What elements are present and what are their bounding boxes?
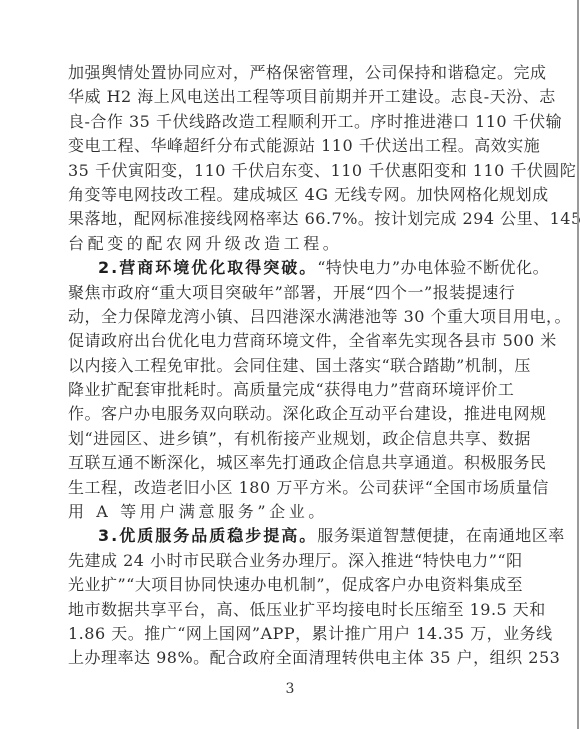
paragraph-line: 以内接入工程免审批。会同住建、国土落实“联合踏勘”机制，压 — [68, 354, 513, 378]
paragraph-line: 加强舆情处置协同应对，严格保密管理，公司保持和谐稳定。完成 — [68, 61, 513, 85]
paragraph-line: 台配变的配农网升级改造工程。 — [68, 232, 513, 256]
paragraph-line: 35 千伏寅阳变，110 千伏启东变、110 千伏惠阳变和 110 千伏圆陀 — [68, 159, 513, 183]
section-3-lead-text: 服务渠道智慧便捷，在南通地区率 — [317, 526, 565, 545]
paragraph-line: 先建成 24 小时市民联合业务办理厅。深入推进“特快电力”“阳 — [68, 549, 513, 573]
paragraph-line: 作。客户办电服务双向联动。深化政企互动平台建设，推进电网规 — [68, 402, 513, 426]
body-text: 加强舆情处置协同应对，严格保密管理，公司保持和谐稳定。完成 华威 H2 海上风电… — [68, 61, 513, 671]
paragraph-line: 生工程，改造老旧小区 180 万平方米。公司获评“全国市场质量信 — [68, 476, 513, 500]
page-number: 3 — [284, 681, 296, 697]
paragraph-line: 1.86 天。推广“网上国网”APP，累计推广用户 14.35 万，业务线 — [68, 622, 513, 646]
section-2-first-line: 2.营商环境优化取得突破。“特快电力”办电体验不断优化。 — [68, 256, 513, 280]
paragraph-line: 动，全力保障龙湾小镇、吕四港深水满港池等 30 个重大项目用电，。 — [68, 305, 513, 329]
paragraph-line: 上办理率达 98%。配合政府全面清理转供电主体 35 户，组织 253 — [68, 646, 513, 670]
paragraph-line: 用 A 等用户满意服务”企业。 — [68, 500, 513, 524]
paragraph-line: 降业扩配套审批耗时。高质量完成“获得电力”营商环境评价工 — [68, 378, 513, 402]
paragraph-line: 互联互通不断深化，城区率先打通政企信息共享通道。积极服务民 — [68, 451, 513, 475]
section-3-first-line: 3.优质服务品质稳步提高。服务渠道智慧便捷，在南通地区率 — [68, 524, 513, 548]
paragraph-line: 光业扩”“大项目协同快速办电机制”，促成客户办电资料集成至 — [68, 573, 513, 597]
document-page: 加强舆情处置协同应对，严格保密管理，公司保持和谐稳定。完成 华威 H2 海上风电… — [0, 0, 577, 729]
paragraph-line: 促请政府出台优化电力营商环境文件，全省率先实现各县市 500 米 — [68, 329, 513, 353]
paragraph-line: 果落地，配网标准接线网格率达 66.7%。按计划完成 294 公里、145 — [68, 207, 513, 231]
section-3-heading: 3.优质服务品质稳步提高。 — [98, 526, 317, 545]
paragraph-line: 聚焦市政府“重大项目突破年”部署，开展“四个一”报装提速行 — [68, 281, 513, 305]
section-2-heading: 2.营商环境优化取得突破。 — [98, 258, 317, 277]
paragraph-line: 变电工程、华峰超纤分布式能源站 110 千伏送出工程。高效实施 — [68, 134, 513, 158]
paragraph-line: 华威 H2 海上风电送出工程等项目前期并开工建设。志良-天汾、志 — [68, 85, 513, 109]
section-2-lead-text: “特快电力”办电体验不断优化。 — [317, 258, 549, 277]
paragraph-line: 地市数据共享平台，高、低压业扩平均接电时长压缩至 19.5 天和 — [68, 598, 513, 622]
paragraph-line: 角变等电网技改工程。建成城区 4G 无线专网。加快网格化规划成 — [68, 183, 513, 207]
page-edge-divider — [577, 0, 579, 729]
paragraph-line: 良-合作 35 千伏线路改造工程顺利开工。序时推进港口 110 千伏输 — [68, 110, 513, 134]
paragraph-line: 划“进园区、进乡镇”，有机衔接产业规划，政企信息共享、数据 — [68, 427, 513, 451]
